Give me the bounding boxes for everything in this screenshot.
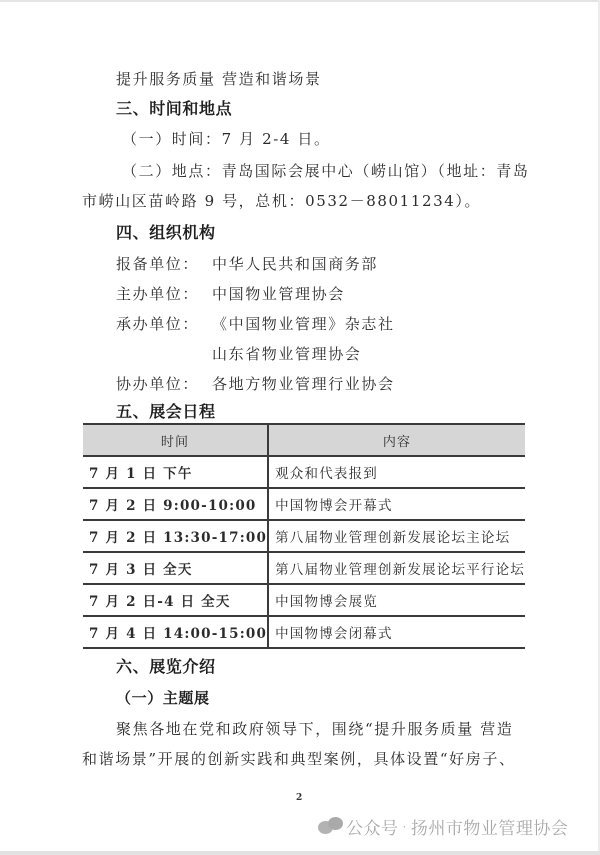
- org-label: 报备单位：: [116, 254, 212, 274]
- org-value: 《中国物业管理》杂志社: [212, 315, 395, 333]
- org-value: 山东省物业管理协会: [212, 345, 361, 363]
- cell-content: 中国物博会开幕式: [268, 488, 525, 520]
- event-time: （一）时间：7 月 2-4 日。: [122, 129, 331, 149]
- org-row-organizer-2: 山东省物业管理协会: [116, 344, 361, 364]
- org-label: 承办单位：: [116, 314, 212, 334]
- cell-content: 第八届物业管理创新发展论坛平行论坛: [268, 552, 525, 584]
- cell-time: 7 月 4 日 14:00-15:00: [83, 616, 268, 648]
- section5-heading: 五、展会日程: [116, 402, 216, 422]
- watermark-separator: ·: [403, 820, 407, 834]
- table-row: 7 月 1 日 下午 观众和代表报到: [83, 456, 525, 488]
- cell-content: 观众和代表报到: [268, 456, 525, 488]
- section6-heading: 六、展览介绍: [116, 657, 216, 677]
- schedule-table: 时间 内容 7 月 1 日 下午 观众和代表报到 7 月 2 日 9:00-10…: [83, 423, 525, 649]
- org-row-host: 主办单位：中国物业管理协会: [116, 284, 345, 304]
- table-row: 7 月 2 日 9:00-10:00 中国物博会开幕式: [83, 488, 525, 520]
- org-row-organizer: 承办单位：《中国物业管理》杂志社: [116, 314, 395, 334]
- org-label: 主办单位：: [116, 284, 212, 304]
- page-frame-bottom: [0, 851, 600, 855]
- event-location-line1: （二）地点：青岛国际会展中心（崂山馆）（地址：青岛: [122, 161, 530, 181]
- org-label: 协办单位：: [116, 374, 212, 394]
- org-row-co-organizer: 协办单位：各地方物业管理行业协会: [116, 374, 395, 394]
- cell-content: 中国物博会闭幕式: [268, 616, 525, 648]
- table-row: 7 月 2 日 13:30-17:00 第八届物业管理创新发展论坛主论坛: [83, 520, 525, 552]
- cell-content: 中国物博会展览: [268, 584, 525, 616]
- watermark-prefix: 公众号: [346, 814, 399, 839]
- org-value: 中华人民共和国商务部: [212, 255, 378, 273]
- section4-heading: 四、组织机构: [116, 223, 216, 243]
- intro-line: 提升服务质量 营造和谐场景: [116, 69, 322, 89]
- column-header-time: 时间: [83, 424, 268, 456]
- paragraph-line1: 聚焦各地在党和政府领导下，围绕“提升服务质量 营造: [116, 719, 513, 739]
- cell-time: 7 月 1 日 下午: [83, 456, 268, 488]
- table-row: 7 月 2 日-4 日 全天 中国物博会展览: [83, 584, 525, 616]
- page-number: 2: [296, 793, 302, 803]
- page-frame-top: [0, 0, 600, 2]
- event-location-line2: 市崂山区苗岭路 9 号，总机：0532－88011234）。: [82, 191, 481, 211]
- cell-time: 7 月 3 日 全天: [83, 552, 268, 584]
- table-row: 7 月 4 日 14:00-15:00 中国物博会闭幕式: [83, 616, 525, 648]
- cell-content: 第八届物业管理创新发展论坛主论坛: [268, 520, 525, 552]
- org-value: 中国物业管理协会: [212, 285, 345, 303]
- paragraph-line2: 和谐场景”开展的创新实践和典型案例，具体设置“好房子、: [82, 749, 516, 769]
- cell-time: 7 月 2 日 13:30-17:00: [83, 520, 268, 552]
- wechat-icon: [318, 817, 344, 837]
- wechat-watermark: 公众号 · 扬州市物业管理协会: [318, 814, 568, 839]
- cell-time: 7 月 2 日-4 日 全天: [83, 584, 268, 616]
- section6-sub1-heading: （一）主题展: [116, 688, 210, 708]
- org-row-filing: 报备单位：中华人民共和国商务部: [116, 254, 378, 274]
- column-header-content: 内容: [268, 424, 525, 456]
- table-header-row: 时间 内容: [83, 424, 525, 456]
- table-row: 7 月 3 日 全天 第八届物业管理创新发展论坛平行论坛: [83, 552, 525, 584]
- org-value: 各地方物业管理行业协会: [212, 375, 395, 393]
- section3-heading: 三、时间和地点: [116, 99, 232, 119]
- cell-time: 7 月 2 日 9:00-10:00: [83, 488, 268, 520]
- watermark-account: 扬州市物业管理协会: [411, 814, 569, 839]
